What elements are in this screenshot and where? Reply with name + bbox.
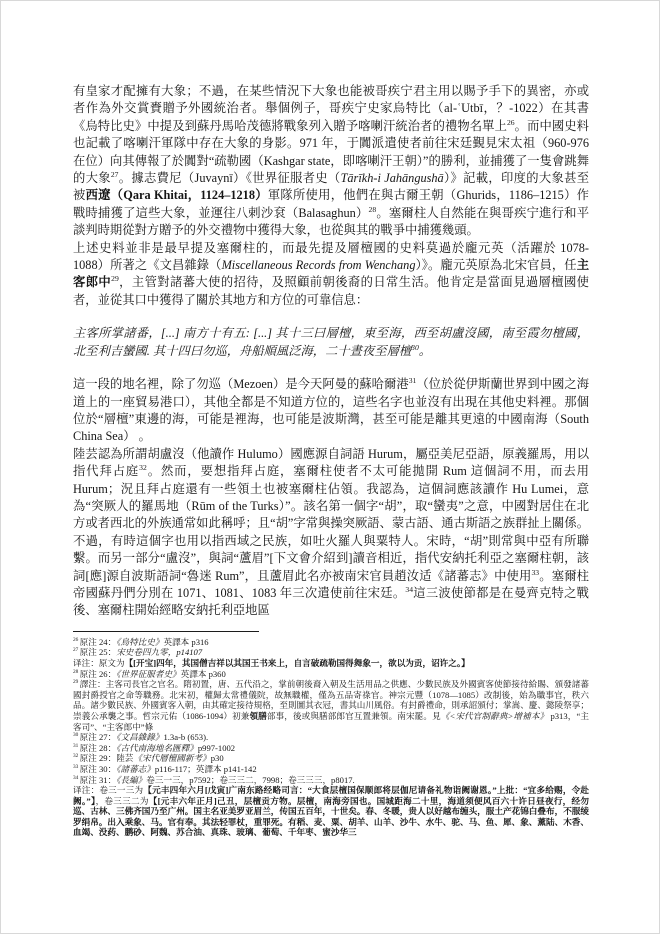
footnote-marker: 31: [73, 743, 80, 749]
footnote-marker: 34: [73, 775, 80, 781]
text-run: 領膳: [249, 711, 266, 721]
footnote-line: 33 原注 30：《諸蕃志》p116-117；英譯本 p141-142: [73, 764, 589, 775]
text-run: p30: [211, 753, 224, 763]
text-run: 主客所掌諸番，[...] 南方十有五: [...] 其十三曰層檀，東至海，西至胡…: [73, 326, 589, 357]
text-run: 原注 28：: [80, 743, 117, 753]
text-run: ）》。龐元英原為北宋官員，任: [415, 258, 576, 272]
text-run: 1.3a-b (653).: [163, 732, 208, 742]
footnote-reference: 26: [507, 118, 515, 127]
footnote-reference: 29: [111, 274, 119, 283]
text-run: 《烏特比史》: [116, 637, 163, 647]
footnote-reference: 30: [411, 343, 419, 352]
text-run: 【[开宝]四年，其国僧吉祥以其国王书来上，自言破疏勒国得舞象一，欲以为贡，诏许之…: [125, 658, 470, 668]
text-run: 《諸蕃志》: [116, 764, 155, 774]
footnote-marker: 33: [73, 764, 80, 770]
text-run: 原注 30：: [80, 764, 117, 774]
footnote-line: 32 原注 29：陸芸《宋代層檀國新考》p30: [73, 753, 589, 764]
text-run: 西遼（Qara Khitai，1124–1218）: [86, 188, 268, 202]
text-run: 原注 26：: [80, 669, 117, 679]
footnote-line: 27 原注 25：宋史卷四九零，p14107: [73, 647, 589, 658]
footnote-section: 26 原注 24：《烏特比史》英譯本 p31627 原注 25：宋史卷四九零，p…: [73, 637, 589, 838]
footnote-line: 译注：卷三一三为【元丰四年六月[戊寅]广南东路经略司言：“大食层檀国保顺郎将层伽…: [73, 785, 589, 838]
body-paragraph: 陸芸認為所謂胡盧沒（他讀作 Hulumo）國應源自詞語 Hurum，屬亞美尼亞語…: [73, 446, 589, 620]
body-paragraph: 有皇家才配擁有大象；不過，在某些情況下大象也能被哥疾宁君主用以賜予手下的異密，亦…: [73, 83, 589, 240]
text-run: ，主管對諸蕃大使的招待，及照顧前朝後裔的日常生活。他肯定是當面見過層檀國使者，並…: [73, 275, 589, 306]
text-run: 《世界征服者史》: [116, 669, 180, 679]
footnote-line: 29 譯注：主客司長官之官名。隋初置，唐、五代沿之，掌前朝後裔入朝及生活用品之供…: [73, 679, 589, 732]
footnote-reference: 33: [531, 567, 539, 576]
footnote-line: 28 原注 26：《世界征服者史》英譯本 p360: [73, 669, 589, 680]
document-body: 有皇家才配擁有大象；不過，在某些情況下大象也能被哥疾宁君主用以賜予手下的異密，亦…: [73, 83, 589, 620]
footnote-line: 30 原注 27：《文昌雜錄》1.3a-b (653).: [73, 732, 589, 743]
text-run: 。據志費尼（Juvaynī）《世界征服者史（: [118, 171, 340, 185]
text-run: p116-117；英譯本 p141-142: [155, 764, 257, 774]
text-run: 卷三一三，p7592；卷三三二，7998；卷三三三，p8017.: [146, 775, 354, 785]
footnote-line: 26 原注 24：《烏特比史》英譯本 p316: [73, 637, 589, 648]
footnote-marker: 27: [73, 648, 80, 654]
body-paragraph: 這一段的地名裡，除了勿巡（Mezoen）是今天阿曼的蘇哈爾港31（位於從伊斯蘭世…: [73, 376, 589, 446]
text-run: 原注 25：: [80, 647, 117, 657]
document-page: 有皇家才配擁有大象；不過，在某些情況下大象也能被哥疾宁君主用以賜予手下的異密，亦…: [0, 0, 660, 934]
text-run: Tārīkh-i Jahāngushā: [341, 171, 444, 185]
footnote-marker: 30: [73, 732, 80, 738]
text-run: 英譯本 p360: [181, 669, 226, 679]
footnote-separator: [73, 631, 259, 632]
footnote-marker: 29: [73, 679, 80, 685]
text-run: 。: [419, 344, 431, 358]
text-run: 原注 24：: [80, 637, 117, 647]
text-run: 宋史卷四九零，p14107: [116, 647, 202, 657]
text-run: 《宋代層檀國新考》: [133, 753, 210, 763]
text-run: 原注 31：: [80, 775, 117, 785]
text-run: 。然而，要想指拜占庭，塞爾柱使者不太可能拋開 Rum 這個詞不用，而去用 Hur…: [73, 464, 589, 582]
footnote-line: 34 原注 31：《長編》卷三一三，p7592；卷三三二，7998；卷三三三，p…: [73, 775, 589, 786]
footnote-marker: 32: [73, 753, 80, 759]
text-run: 【[元丰六年正月]己丑，层檀贡方物。层檀，南海旁国也。国城距海二十里，海道须便风…: [73, 796, 589, 838]
footnote-reference: 34: [405, 585, 413, 594]
footnote-marker: 28: [73, 669, 80, 675]
text-run: 《<宋代官制辭典>增補本》: [441, 711, 548, 721]
text-run: 英譯本 p316: [163, 637, 208, 647]
text-run: Miscellaneous Records from Wenchang: [222, 258, 416, 272]
text-run: 原注 27：: [80, 732, 117, 742]
text-run: 《文昌雜錄》: [116, 732, 163, 742]
text-run: 《古代南海地名匯釋》: [116, 743, 198, 753]
footnote-reference: 28: [369, 205, 377, 214]
text-run: ，卷三三二为: [96, 796, 149, 806]
body-paragraph: 上述史料並非是最早提及塞爾柱的，而最先提及層檀國的史料莫過於龐元英（活躍於 10…: [73, 240, 589, 310]
text-run: 译注：卷三一三为: [73, 785, 143, 795]
footnote-line: 31 原注 28：《古代南海地名匯釋》p997-1002: [73, 743, 589, 754]
footnote-marker: 26: [73, 637, 80, 643]
text-run: 译注：原文为: [73, 658, 125, 668]
block-quote: 主客所掌諸番，[...] 南方十有五: [...] 其十三曰層檀，東至海，西至胡…: [73, 325, 589, 360]
footnote-reference: 32: [139, 463, 147, 472]
text-run: 《長編》: [116, 775, 146, 785]
footnote-line: 译注：原文为【[开宝]四年，其国僧吉祥以其国王书来上，自言破疏勒国得舞象一，欲以…: [73, 658, 589, 669]
text-run: p997-1002: [198, 743, 235, 753]
text-run: 原注 29：陸芸: [80, 753, 134, 763]
text-run: 這一段的地名裡，除了勿巡（Mezoen）是今天阿曼的蘇哈爾港: [73, 377, 409, 391]
text-run: 部事，後或與膳部郎官互置兼領。南宋罷。見: [267, 711, 441, 721]
